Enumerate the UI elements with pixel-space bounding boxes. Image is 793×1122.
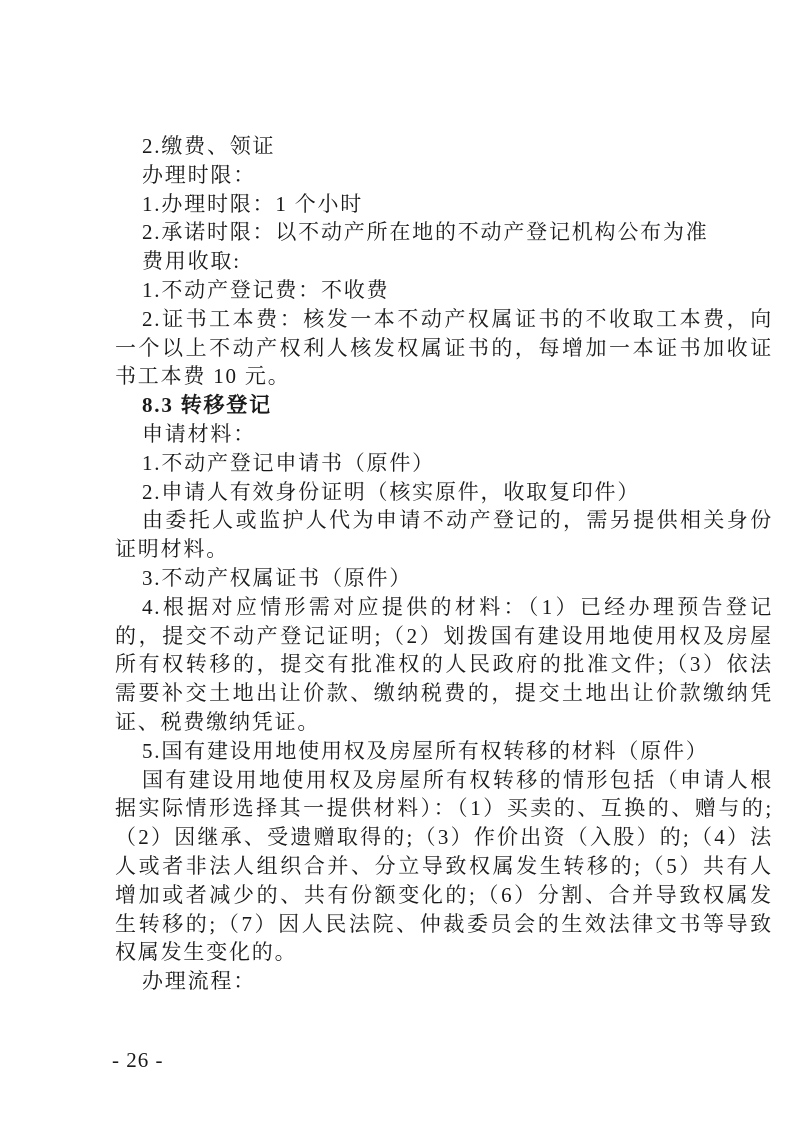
paragraph-material-1: 1.不动产登记申请书（原件）	[115, 449, 773, 478]
paragraph-material-4: 4.根据对应情形需对应提供的材料：（1）已经办理预告登记的，提交不动产登记证明;…	[115, 593, 773, 737]
paragraph-process-label: 办理流程：	[115, 967, 773, 996]
paragraph-material-5: 5.国有建设用地使用权及房屋所有权转移的材料（原件）	[115, 737, 773, 766]
paragraph-processing-time-label: 办理时限：	[115, 161, 773, 190]
page-number: - 26 -	[112, 1048, 164, 1073]
paragraph-transfer-situations: 国有建设用地使用权及房屋所有权转移的情形包括（申请人根据实际情形选择其一提供材料…	[115, 766, 773, 968]
paragraph-material-2: 2.申请人有效身份证明（核实原件，收取复印件）	[115, 478, 773, 507]
paragraph-certificate-fee: 2.证书工本费：核发一本不动产权属证书的不收取工本费，向一个以上不动产权利人核发…	[115, 305, 773, 391]
section-heading-8-3: 8.3 转移登记	[115, 391, 773, 420]
document-page: 2.缴费、领证 办理时限： 1.办理时限：1 个小时 2.承诺时限：以不动产所在…	[0, 0, 793, 1122]
paragraph-material-3: 3.不动产权属证书（原件）	[115, 564, 773, 593]
paragraph-application-materials-label: 申请材料：	[115, 420, 773, 449]
paragraph-payment-certificate: 2.缴费、领证	[115, 132, 773, 161]
document-body: 2.缴费、领证 办理时限： 1.办理时限：1 个小时 2.承诺时限：以不动产所在…	[115, 132, 773, 996]
paragraph-registration-fee: 1.不动产登记费：不收费	[115, 276, 773, 305]
paragraph-processing-time: 1.办理时限：1 个小时	[115, 190, 773, 219]
paragraph-material-2-note: 由委托人或监护人代为申请不动产登记的，需另提供相关身份证明材料。	[115, 506, 773, 564]
paragraph-promised-time: 2.承诺时限：以不动产所在地的不动产登记机构公布为准	[115, 218, 773, 247]
paragraph-fees-label: 费用收取:	[115, 247, 773, 276]
